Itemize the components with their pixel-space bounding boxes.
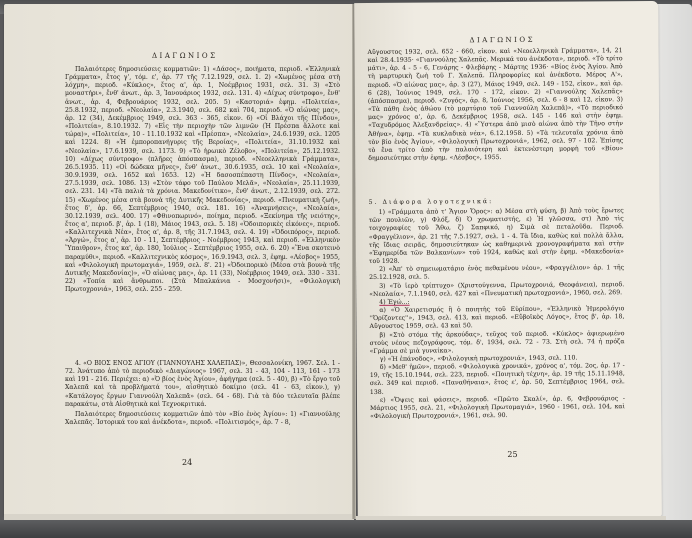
list-item: 3) «Τὸ ἱερὸ τρίπτυχο» (Χριστούγεννα, Πρω… (369, 281, 624, 299)
body-text-block: Αὔγουστος 1932, σελ. 652 - 660, εἰκον. κ… (368, 47, 624, 165)
paragraph: Παλαιότερες δημοσιεύσεις κομματιῶν: 1) «… (65, 66, 340, 294)
section-heading: 5. Διάφορα λογοτεχνικά: (369, 197, 624, 207)
running-head: ΔΙΑΓΩΝΙΟΣ (469, 36, 535, 44)
list-item: 1) «Γράμματα ἀπὸ τ' Ἅγιον Ὄρος»: α) Μέσα… (369, 207, 624, 266)
body-text-block: 5. Διάφορα λογοτεχνικά: 1) «Γράμματα ἀπὸ… (369, 191, 626, 421)
paragraph: Αὔγουστος 1932, σελ. 652 - 660, εἰκον. κ… (368, 47, 624, 163)
list-item: α) «Ὁ Χαιρετισμός ἢ ὁ ποιητὴς τοῦ Εὐρίπο… (369, 305, 624, 331)
background-surface (0, 520, 692, 538)
list-item: ε) «Ὄψεις καὶ φάσεις», περιοδ. «Πρῶτο Σκ… (370, 395, 625, 421)
list-item: 2) «Ἀπ' τὸ σημειωματάριο ἑνὸς πεθαμένου … (369, 264, 624, 282)
paragraph: 4. «Ο ΒΙΟΣ ΕΝΟΣ ΑΓΙΟΥ (ΓΙΑΝΝΟΥΛΗΣ ΧΑΛΕΠΑ… (65, 360, 340, 409)
running-head: ΔΙΑΓΩΝΙΟΣ (152, 52, 218, 60)
page-number: 25 (507, 450, 517, 459)
paragraph: Παλαιότερες δημοσιεύσεις κομματιῶν ἀπὸ τ… (65, 411, 340, 427)
page-number: 24 (182, 458, 192, 467)
list-item: β) «Στὸ στόμα τῆς ἀρκούδας», τεῦχος τοῦ … (369, 330, 624, 356)
body-text-block: 4. «Ο ΒΙΟΣ ΕΝΟΣ ΑΓΙΟΥ (ΓΙΑΝΝΟΥΛΗΣ ΧΑΛΕΠΑ… (65, 360, 340, 429)
left-page: ΔΙΑΓΩΝΙΟΣ Παλαιότερες δημοσιεύσεις κομμα… (4, 4, 354, 516)
body-text-block: Παλαιότερες δημοσιεύσεις κομματιῶν: 1) «… (65, 66, 340, 296)
list-item: δ) «Μεθ' ἡμῶν», περιοδ. «Φιλολογικὰ χρον… (370, 362, 625, 396)
right-page: ΔΙΑΓΩΝΙΟΣ Αὔγουστος 1932, σελ. 652 - 660… (354, 1, 662, 518)
